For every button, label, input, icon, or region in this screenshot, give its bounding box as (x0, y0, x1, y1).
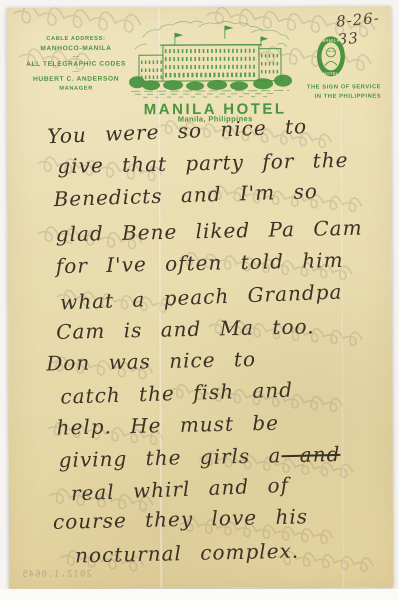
handwriting-text: giving the girls a (58, 443, 281, 472)
handwriting-text: You were so nice to (47, 114, 308, 148)
handwriting-text: catch the fish and (60, 378, 293, 409)
handwriting-line: Don was nice to (46, 347, 256, 376)
handwriting-text: Cam is and Ma too. (56, 314, 315, 344)
motto-line2: IN THE PHILIPPINES (288, 91, 382, 101)
hotel-building-illustration (129, 19, 293, 104)
handwriting-text: Don was nice to (46, 347, 256, 376)
motto: THE SIGN OF SERVICE IN THE PHILIPPINES (288, 82, 382, 101)
motto-line1: THE SIGN OF SERVICE (288, 82, 382, 92)
svg-text:MANILA: MANILA (322, 38, 340, 43)
handwriting-line: for I've often told him (56, 248, 344, 278)
handwriting-line: Benedicts and I'm so (53, 179, 318, 211)
handwriting-line: what a peach Grandpa (60, 279, 343, 314)
handwriting-line: real whirl and of (70, 473, 289, 506)
letterhead-cable-block: CABLE ADDRESS: MANHOCO-MANILA — ALL TELE… (19, 34, 133, 93)
handwriting-line: Cam is and Ma too. (56, 314, 315, 344)
hotel-seal-icon: MANILA HOTEL (316, 35, 346, 77)
handwriting-text: real whirl and of (70, 473, 289, 506)
handwriting-text: nocturnal complex. (75, 539, 300, 568)
ghost-writing-stroke (13, 6, 141, 32)
handwriting-text: course they love his (53, 504, 308, 534)
handwriting-text: Benedicts and I'm so (53, 179, 318, 211)
manager-name: HUBERT C. ANDERSON (19, 74, 133, 85)
handwriting-line: glad Bene liked Pa Cam (55, 216, 362, 247)
handwriting-text: what a peach Grandpa (60, 279, 343, 314)
manager-title: MANAGER (19, 84, 133, 93)
scanner-background (0, 589, 399, 600)
handwriting-line: catch the fish and (60, 378, 293, 409)
letter-paper: 8-26-33 CABLE ADDRESS: MANHOCO-MANILA — … (7, 6, 394, 589)
handwriting-line: You were so nice to (47, 114, 308, 148)
archive-number-mirrored: 2012.1.0645 (21, 569, 92, 579)
letter-body: You were so nice togive that party for t… (7, 6, 391, 8)
handwriting-line: nocturnal complex. (75, 539, 300, 568)
handwriting-text: glad Bene liked Pa Cam (55, 216, 362, 247)
handwriting-text: help. He must be (56, 411, 279, 440)
svg-text:HOTEL: HOTEL (323, 71, 339, 76)
scanned-letter: 8-26-33 CABLE ADDRESS: MANHOCO-MANILA — … (0, 0, 399, 600)
struck-word: and (281, 442, 340, 467)
handwriting-text: give that party for the (57, 148, 348, 178)
handwriting-line: giving the girls a and (58, 442, 340, 472)
handwriting-line: course they love his (53, 504, 308, 534)
handwriting-line: help. He must be (56, 411, 279, 440)
handwriting-text: for I've often told him (56, 248, 344, 278)
handwriting-line: give that party for the (57, 148, 348, 178)
